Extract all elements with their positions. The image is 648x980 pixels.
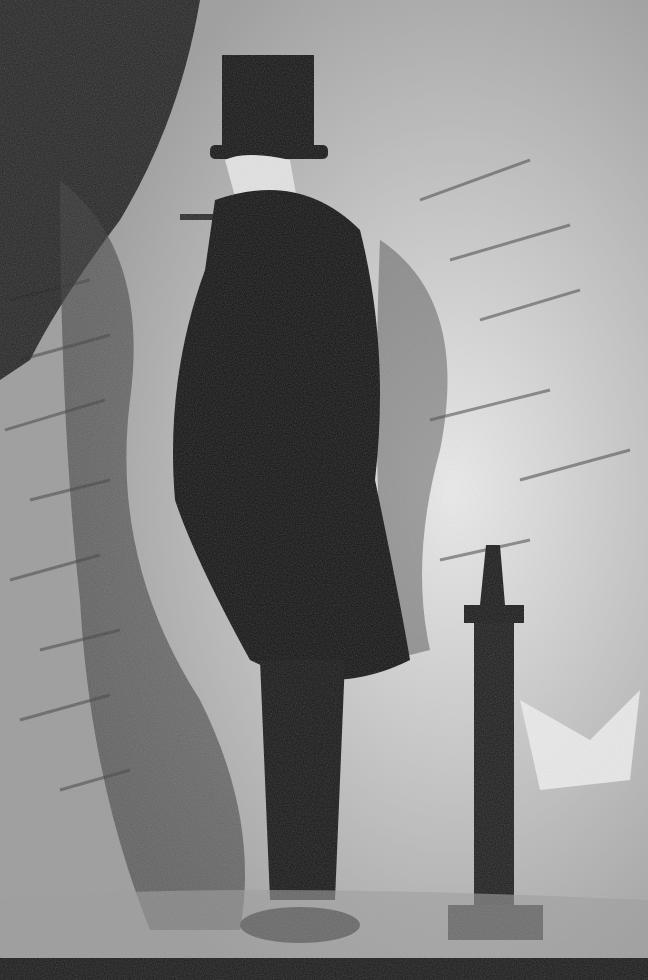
drawing-canvas bbox=[0, 0, 648, 980]
paper-texture bbox=[0, 0, 648, 980]
ink-drawing bbox=[0, 0, 648, 980]
